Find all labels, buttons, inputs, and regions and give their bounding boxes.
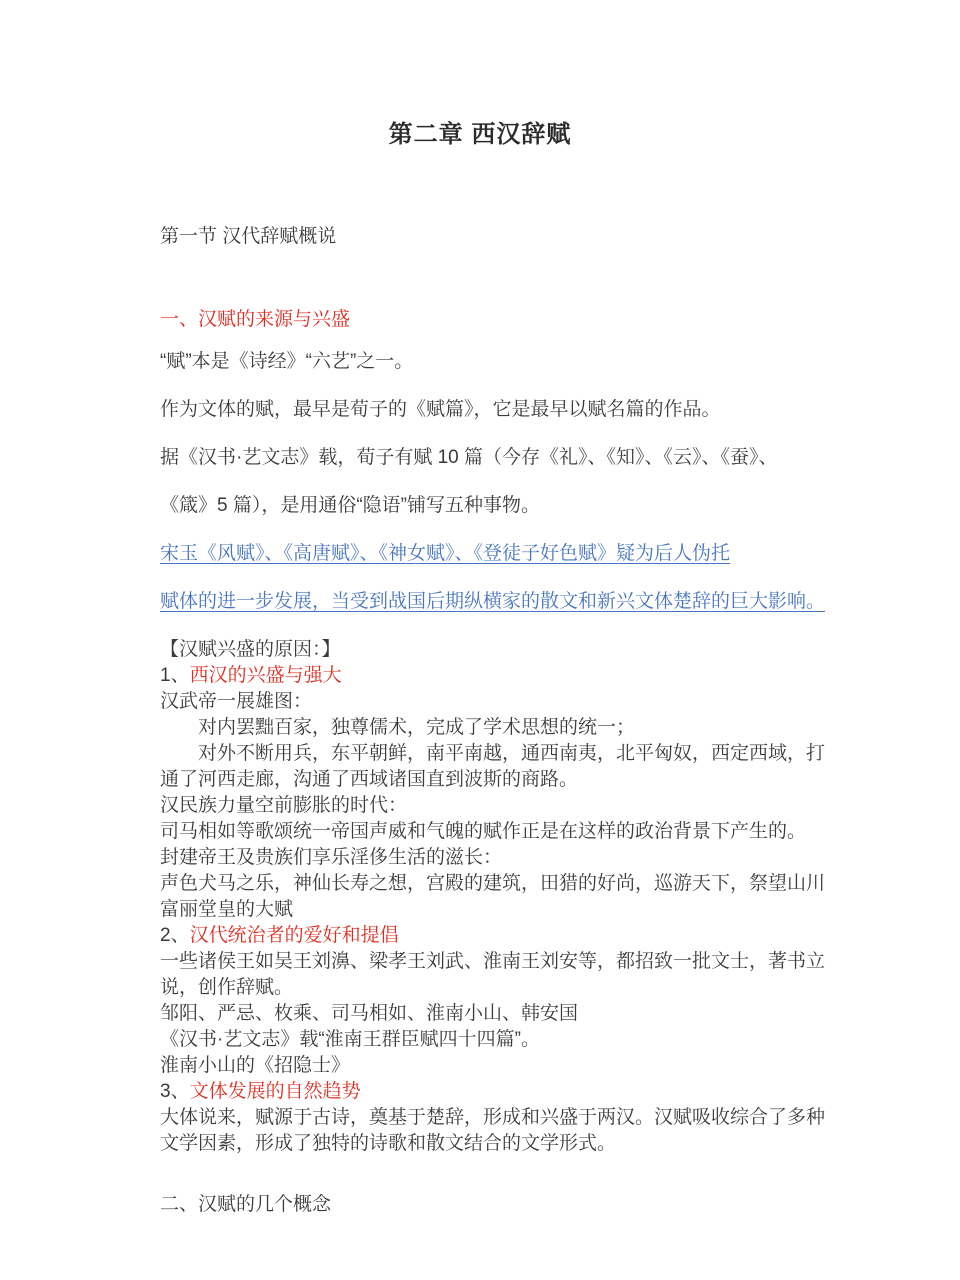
paragraph-line: 作为文体的赋，最早是荀子的《赋篇》，它是最早以赋名篇的作品。 [160,399,800,421]
body-line: 对内罢黜百家，独尊儒术，完成了学术思想的统一； [160,715,800,741]
part-one-heading: 一、汉赋的来源与兴盛 [160,304,800,331]
reason-2-title: 汉代统治者的爱好和提倡 [190,925,399,946]
hyperlink-line[interactable]: 宋玉《风赋》、《高唐赋》、《神女赋》、《登徒子好色赋》疑为后人伪托 [160,543,800,565]
document-page: 第二章 西汉辞赋 第一节 汉代辞赋概说 一、汉赋的来源与兴盛 “赋”本是《诗经》… [0,0,960,1280]
reason-3-heading: 3、文体发展的自然趋势 [160,1079,800,1105]
reason-3-number: 3、 [160,1081,190,1102]
reason-2-number: 2、 [160,925,190,946]
section-title: 第一节 汉代辞赋概说 [160,221,800,248]
body-line: 汉民族力量空前膨胀的时代： [160,793,800,819]
body-line: 大体说来，赋源于古诗，奠基于楚辞，形成和兴盛于两汉。汉赋吸收综合了多种 [160,1105,800,1131]
reason-1-number: 1、 [160,665,190,686]
reason-3-title: 文体发展的自然趋势 [190,1081,361,1102]
body-line: 通了河西走廊，沟通了西域诸国直到波斯的商路。 [160,767,800,793]
reasons-bracket-heading: 【汉赋兴盛的原因：】 [160,637,800,663]
body-line: 文学因素，形成了独特的诗歌和散文结合的文学形式。 [160,1131,800,1157]
part-two-heading: 二、汉赋的几个概念 [160,1189,800,1216]
reason-2-heading: 2、汉代统治者的爱好和提倡 [160,923,800,949]
hyperlink-line[interactable]: 赋体的进一步发展，当受到战国后期纵横家的散文和新兴文体楚辞的巨大影响。 [160,591,800,613]
body-line: 司马相如等歌颂统一帝国声威和气魄的赋作正是在这样的政治背景下产生的。 [160,819,800,845]
paragraph-line: “赋”本是《诗经》“六艺”之一。 [160,351,800,373]
body-line: 声色犬马之乐，神仙长寿之想，宫殿的建筑，田猎的好尚，巡游天下，祭望山川 [160,871,800,897]
reason-1-title: 西汉的兴盛与强大 [190,665,342,686]
reason-1-heading: 1、西汉的兴盛与强大 [160,663,800,689]
reasons-block: 【汉赋兴盛的原因：】 1、西汉的兴盛与强大 汉武帝一展雄图： 对内罢黜百家，独尊… [160,637,800,1157]
paragraph-line: 《箴》5 篇），是用通俗“隐语”铺写五种事物。 [160,495,800,517]
body-line: 封建帝王及贵族们享乐淫侈生活的滋长： [160,845,800,871]
chapter-title: 第二章 西汉辞赋 [160,0,800,149]
body-line: 富丽堂皇的大赋 [160,897,800,923]
body-line: 对外不断用兵，东平朝鲜，南平南越，通西南夷，北平匈奴，西定西域，打 [160,741,800,767]
body-line: 淮南小山的《招隐士》 [160,1053,800,1079]
body-line: 邹阳、严忌、枚乘、司马相如、淮南小山、韩安国 [160,1001,800,1027]
paragraph-line: 据《汉书·艺文志》载，荀子有赋 10 篇（今存《礼》、《知》、《云》、《蚕》、 [160,447,800,469]
body-line: 汉武帝一展雄图： [160,689,800,715]
body-line: 一些诸侯王如吴王刘濞、梁孝王刘武、淮南王刘安等，都招致一批文士，著书立 [160,949,800,975]
body-line: 说，创作辞赋。 [160,975,800,1001]
body-line: 《汉书·艺文志》载“淮南王群臣赋四十四篇”。 [160,1027,800,1053]
